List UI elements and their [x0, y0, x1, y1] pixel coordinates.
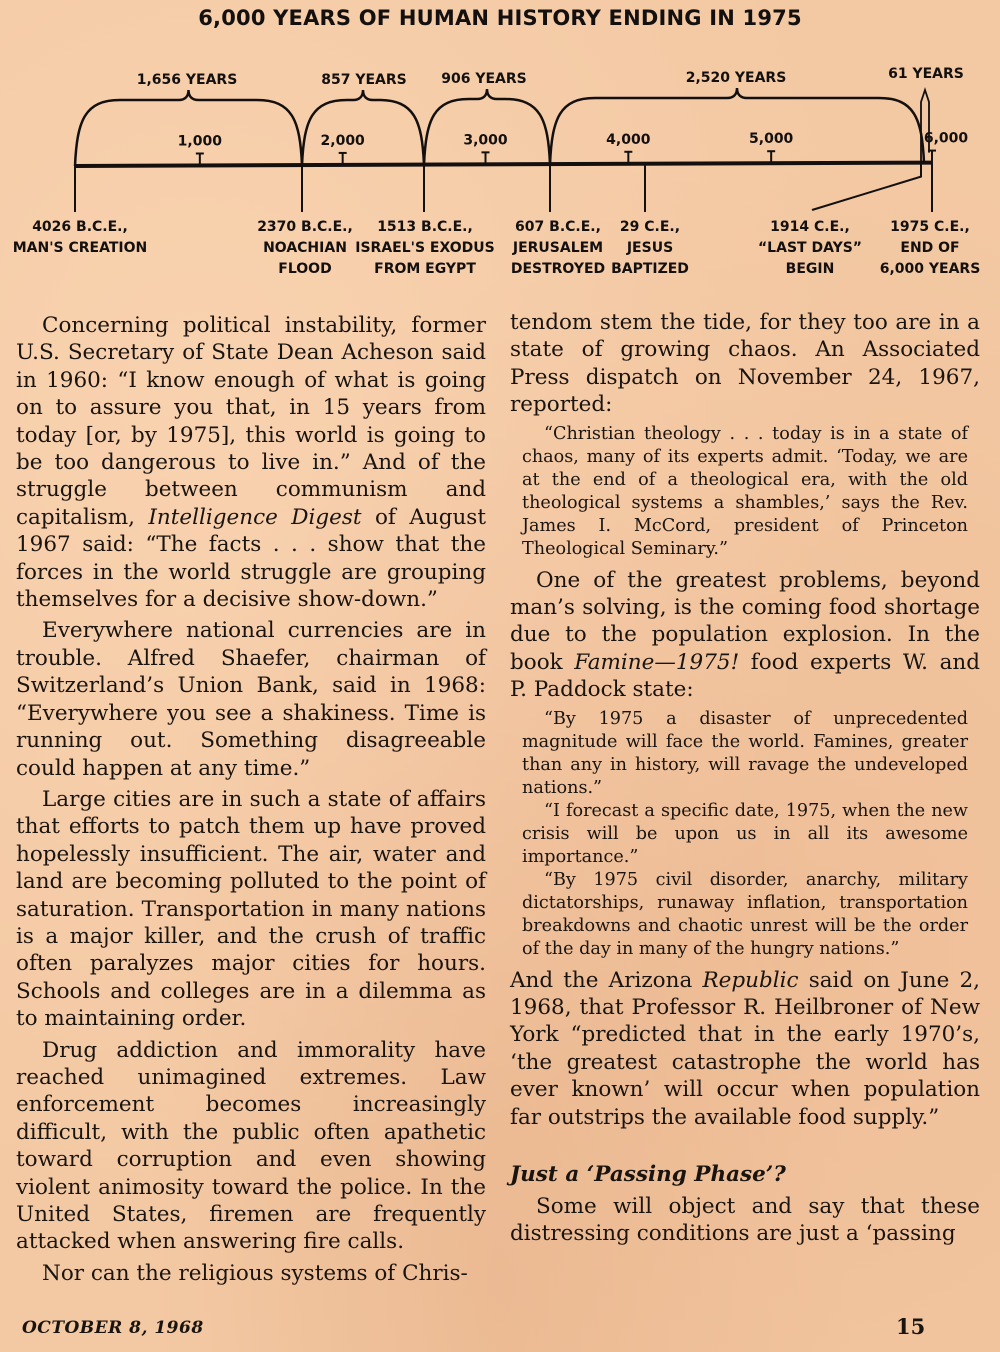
- section-subheading: Just a ‘Passing Phase’?: [510, 1161, 980, 1188]
- paragraph-religion: Nor can the religious systems of Chris-: [16, 1260, 486, 1287]
- page-number: 15: [896, 1314, 925, 1339]
- svg-text:6,000: 6,000: [924, 131, 969, 147]
- svg-text:JERUSALEM: JERUSALEM: [512, 240, 603, 256]
- svg-text:FROM EGYPT: FROM EGYPT: [374, 261, 476, 277]
- paragraph-continuation: tendom stem the tide, for they too are i…: [510, 309, 980, 419]
- svg-text:JESUS: JESUS: [626, 240, 673, 256]
- quote-paddock: “By 1975 a disaster of unprecedented mag…: [522, 708, 968, 961]
- svg-text:4,000: 4,000: [606, 132, 651, 148]
- quote-text: “Christian theology . . . today is in a …: [522, 423, 968, 561]
- svg-text:857 YEARS: 857 YEARS: [321, 72, 407, 88]
- quote-text: “By 1975 a disaster of unprecedented mag…: [522, 708, 968, 800]
- issue-date: OCTOBER 8, 1968: [22, 1318, 204, 1338]
- svg-text:1914 C.E.,: 1914 C.E.,: [770, 219, 850, 235]
- paragraph-cities: Large cities are in such a state of affa…: [16, 786, 486, 1033]
- svg-text:DESTROYED: DESTROYED: [511, 261, 605, 277]
- svg-text:BEGIN: BEGIN: [786, 261, 835, 277]
- svg-text:ISRAEL'S EXODUS: ISRAEL'S EXODUS: [355, 240, 494, 256]
- svg-text:6,000 YEARS: 6,000 YEARS: [880, 261, 981, 277]
- right-column: tendom stem the tide, for they too are i…: [510, 309, 980, 1247]
- history-timeline-chart: 1,0002,0003,0004,0005,0006,0004026 B.C.E…: [0, 0, 1000, 290]
- paragraph-heilbroner: And the Arizona Republic said on June 2,…: [510, 967, 980, 1131]
- svg-text:MAN'S CREATION: MAN'S CREATION: [13, 240, 147, 256]
- svg-text:NOACHIAN: NOACHIAN: [263, 240, 347, 256]
- svg-text:END OF: END OF: [900, 240, 959, 256]
- svg-text:2,520 YEARS: 2,520 YEARS: [686, 70, 787, 86]
- svg-text:5,000: 5,000: [749, 131, 794, 147]
- svg-text:1975 C.E.,: 1975 C.E.,: [890, 219, 970, 235]
- svg-text:61 YEARS: 61 YEARS: [888, 66, 964, 82]
- svg-text:4026 B.C.E.,: 4026 B.C.E.,: [32, 219, 128, 235]
- svg-text:2,000: 2,000: [321, 133, 366, 149]
- svg-text:FLOOD: FLOOD: [278, 261, 331, 277]
- svg-text:906 YEARS: 906 YEARS: [441, 71, 527, 87]
- quote-text: “By 1975 civil disorder, anarchy, milita…: [522, 869, 968, 961]
- quote-text: “I forecast a specific date, 1975, when …: [522, 800, 968, 869]
- paragraph-acheson: Concerning political instability, former…: [16, 312, 486, 613]
- svg-text:1513 B.C.E.,: 1513 B.C.E.,: [377, 219, 473, 235]
- svg-text:“LAST DAYS”: “LAST DAYS”: [758, 240, 862, 256]
- quote-mccord: “Christian theology . . . today is in a …: [522, 423, 968, 561]
- svg-text:BAPTIZED: BAPTIZED: [611, 261, 689, 277]
- svg-text:607 B.C.E.,: 607 B.C.E.,: [515, 219, 601, 235]
- svg-text:1,656 YEARS: 1,656 YEARS: [137, 72, 238, 88]
- svg-text:1,000: 1,000: [178, 134, 223, 150]
- paragraph-objection: Some will object and say that these dist…: [510, 1193, 980, 1248]
- paragraph-food: One of the greatest problems, beyond man…: [510, 567, 980, 704]
- svg-text:2370 B.C.E.,: 2370 B.C.E.,: [257, 219, 353, 235]
- svg-text:3,000: 3,000: [463, 132, 508, 148]
- svg-text:29 C.E.,: 29 C.E.,: [620, 219, 680, 235]
- paragraph-drugs: Drug addiction and immorality have reach…: [16, 1037, 486, 1256]
- paragraph-currencies: Everywhere national currencies are in tr…: [16, 617, 486, 781]
- left-column: Concerning political instability, former…: [16, 312, 486, 1287]
